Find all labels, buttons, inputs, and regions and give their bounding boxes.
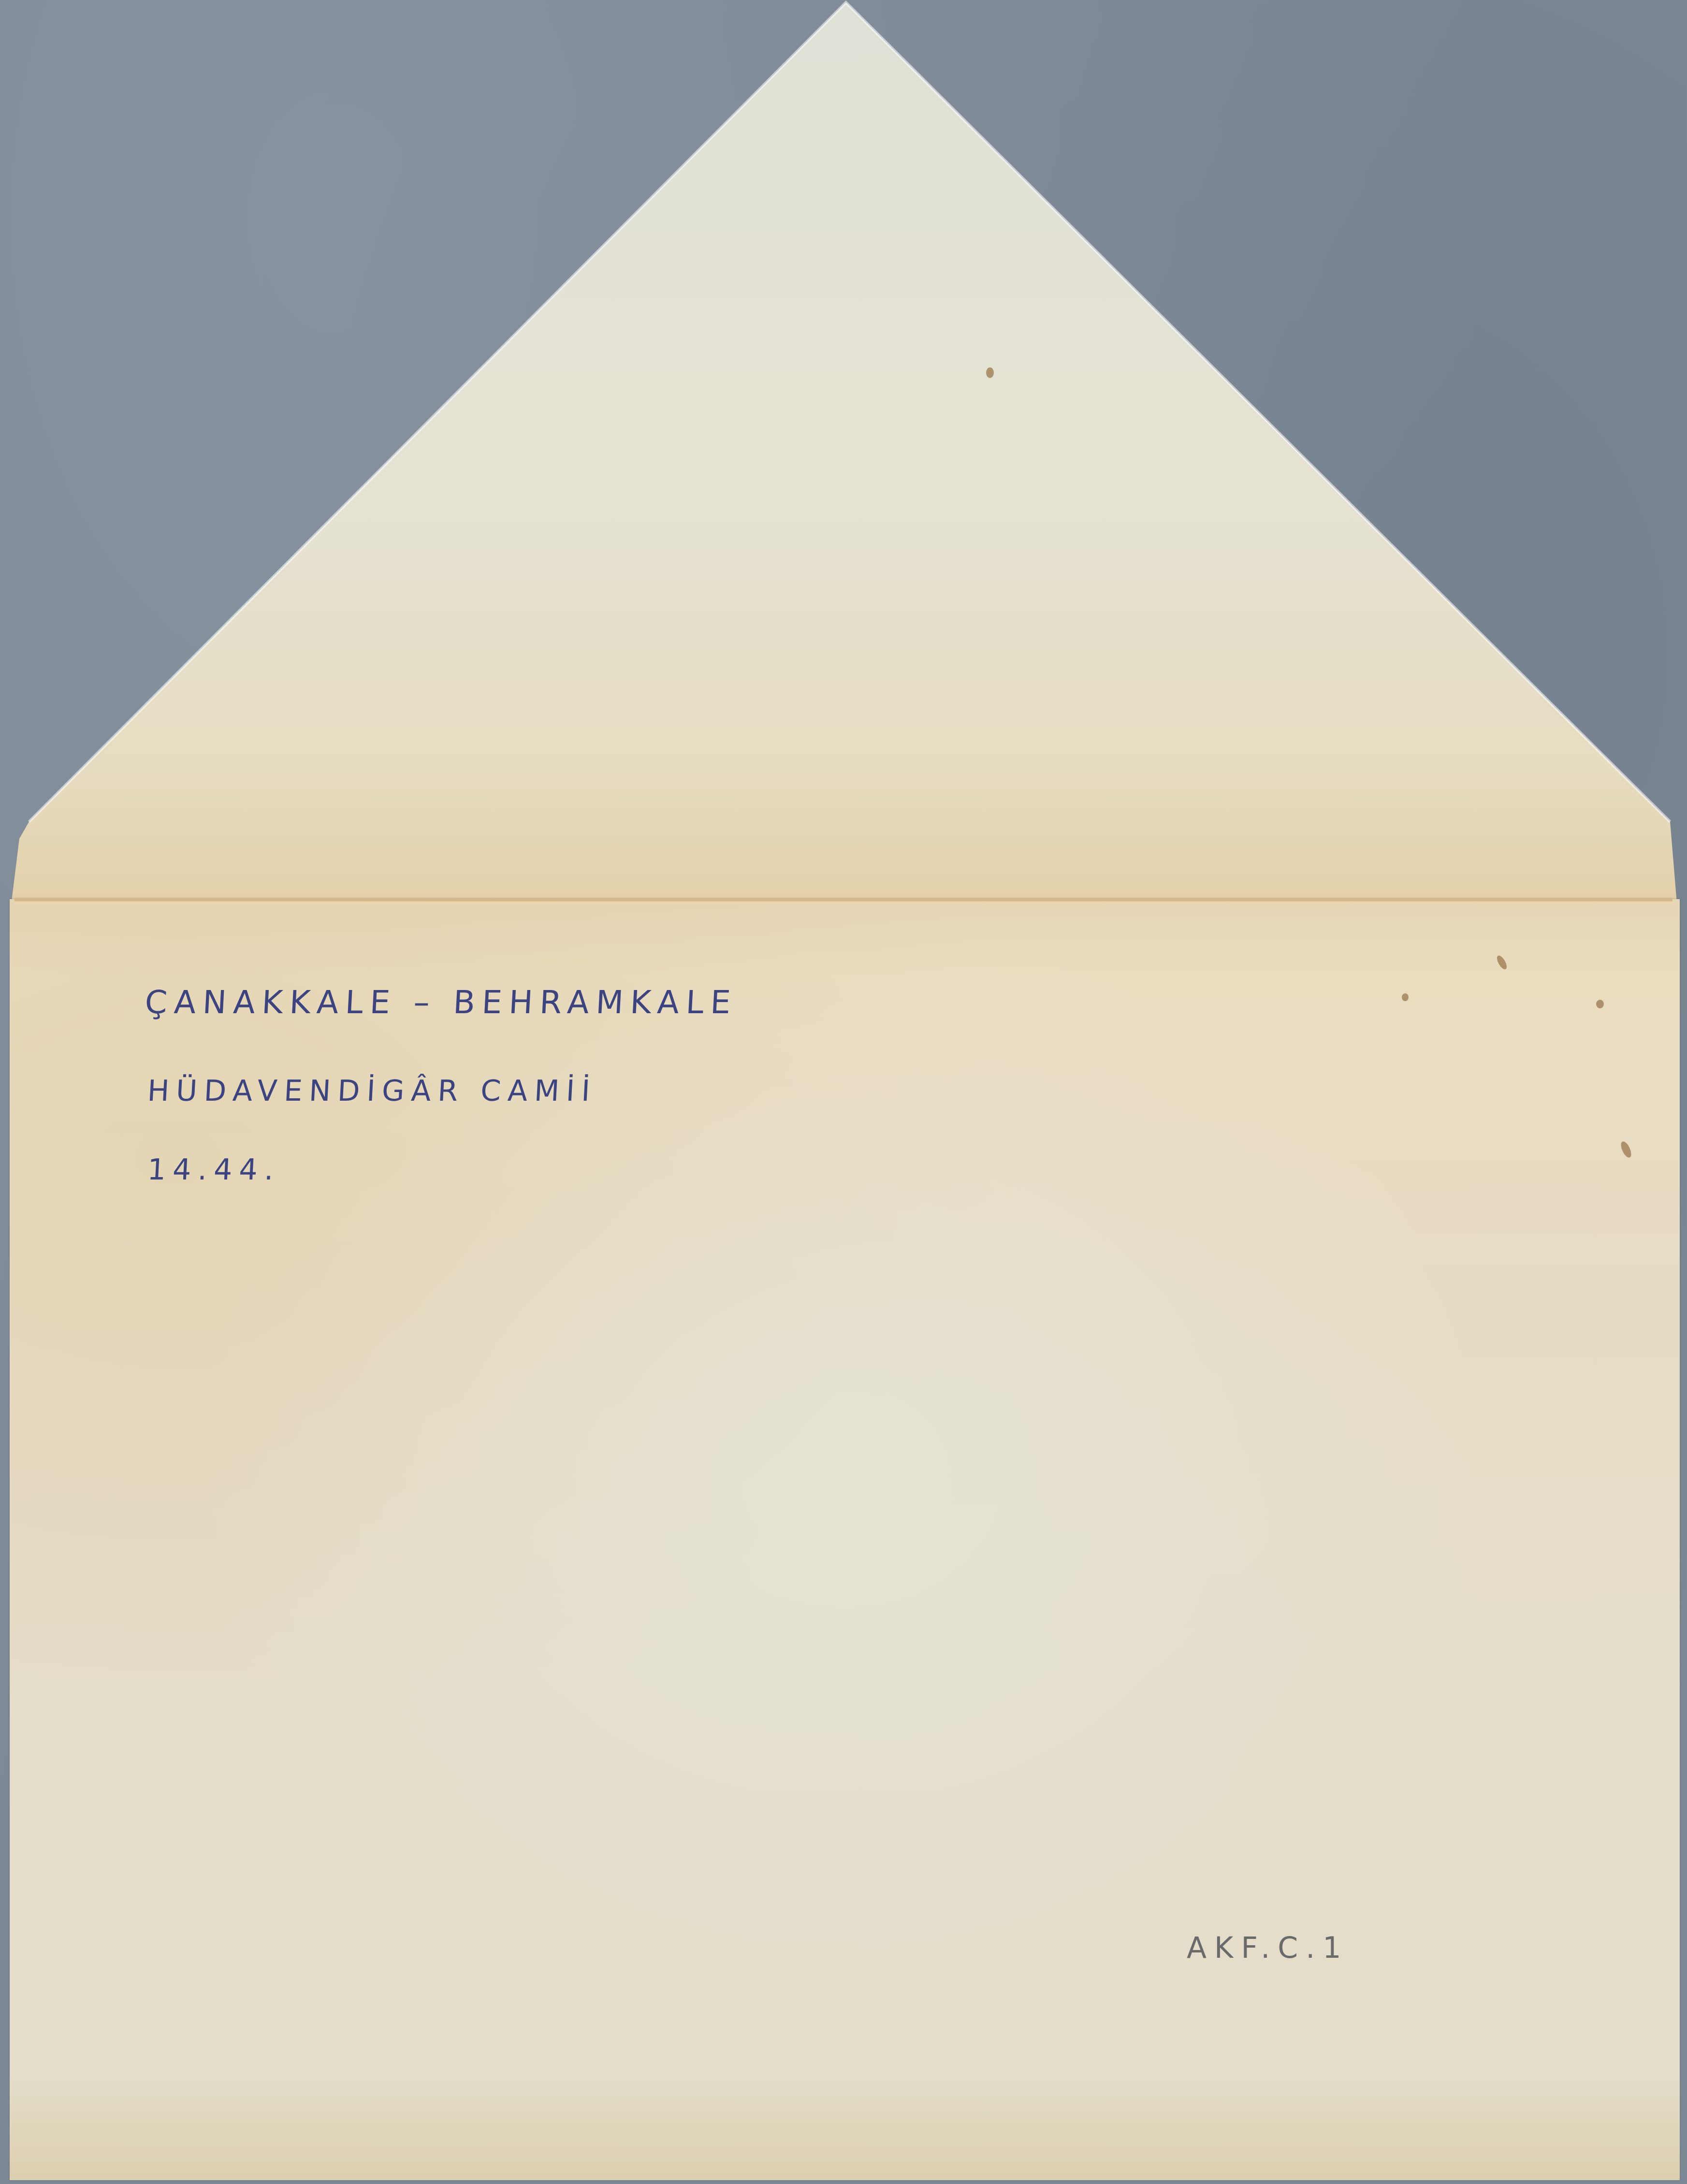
address-line-location: ÇANAKKALE – BEHRAMKALE (144, 984, 738, 1021)
stain-mark (986, 367, 994, 378)
address-line-building: HÜDAVENDİGÂR CAMİİ (146, 1074, 597, 1108)
stain-mark (1596, 1000, 1604, 1008)
envelope-flap-shape (0, 0, 1687, 918)
address-line-date: 14.44. (146, 1153, 281, 1187)
archive-catalog-code: AKF.C.1 (1187, 1931, 1349, 1965)
envelope-flap (0, 0, 1687, 918)
stain-mark (1402, 993, 1409, 1001)
flap-fold-crease (15, 897, 1672, 904)
